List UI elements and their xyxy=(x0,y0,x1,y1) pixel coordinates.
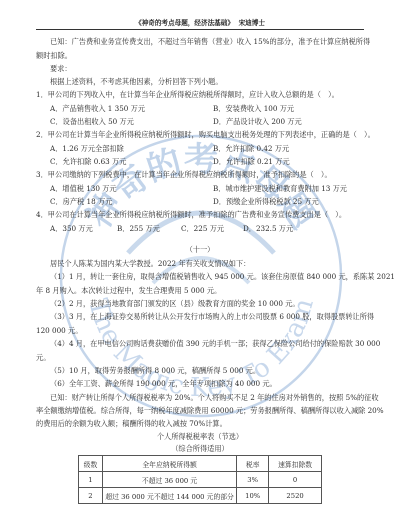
q4-option-b: B．255 万元 xyxy=(117,224,160,234)
q3-option-d: D．预缴企业所得税税款 25 万元 xyxy=(213,197,400,207)
cell-rate: 3% xyxy=(237,472,269,488)
q2-option-d: D．允许扣除 0.21 万元 xyxy=(213,157,400,167)
table-row: 2 超过 36 000 元不超过 144 000 元的部分 10% 2520 xyxy=(79,488,322,504)
q3-option-b: B．城市维护建设税和教育费附加 13 万元 xyxy=(213,184,400,194)
cell-deduction: 0 xyxy=(269,472,322,488)
case-item-3-cont: 120 000 元。 xyxy=(36,326,366,336)
case-item-4: （4）4 月，在甲电信公司购话费获赠价值 390 元的手机一部；获得乙保险公司给… xyxy=(50,339,380,349)
q2-option-b: B．允许扣除 0.42 万元 xyxy=(213,144,400,154)
case-item-5: （5）10 月，取得劳务报酬所得 8 000 元，稿酬所得 5 000 元。 xyxy=(50,366,380,376)
known-paragraph: 已知：广告费和业务宣传费支出，不超过当年销售（营业）收入 15%的部分，准予在计… xyxy=(50,37,380,47)
known-paragraph-cont: 额时扣除。 xyxy=(36,51,366,61)
case-item-6: （6）全年工资、薪金所得 190 000 元，全年专项扣除为 40 000 元。 xyxy=(50,379,380,389)
question-3-stem: 3．甲公司缴纳的下列税费中，在计算当年企业所得税应纳税所得额时，准予扣除的是（ … xyxy=(36,170,366,180)
page-header: 《神奇的考点母题，经济法基础》 宋迪博士 xyxy=(36,18,364,29)
col-header-rate: 税率 xyxy=(237,456,269,472)
q4-option-c: C．225 万元 xyxy=(181,224,224,234)
cell-income: 不超过 36 000 元 xyxy=(102,472,236,488)
section-number: （十一） xyxy=(36,245,364,255)
col-header-deduction: 速算扣除数 xyxy=(269,456,322,472)
known-rates-line-2: 率全额缴纳增值税。综合所得，每一纳税年度减除费用 60000 元；劳务报酬所得、… xyxy=(36,406,366,416)
case-item-4-cont: 元。 xyxy=(36,353,366,363)
cell-deduction: 2520 xyxy=(269,488,322,504)
author-name: 宋迪博士 xyxy=(239,19,265,27)
question-1-stem: 1．甲公司的下列收入中，在计算当年企业所得税应纳税所得额时，应计入收入总额的是（… xyxy=(36,90,366,100)
question-4-stem: 4．甲公司在计算当年企业所得税应纳税所得额时，准予扣除的广告费和业务宣传费支出是… xyxy=(36,210,366,220)
known-rates-line-1: 已知：财产转让所得个人所得税税率为 20%。个人将购买不足 2 年的住房对外销售… xyxy=(50,393,380,403)
case-item-3: （3）3 月，在上海证券交易所转让从公开发行市场购入的上市公司股票 6 000 … xyxy=(50,312,380,322)
question-2-stem: 2．甲公司在计算当年企业所得税应纳税所得额时，购买电脑支出税务处理的下列表述中，… xyxy=(36,130,366,140)
cell-level: 1 xyxy=(79,472,103,488)
book-title: 《神奇的考点母题，经济法基础》 xyxy=(135,19,234,27)
case-item-2: （2）2 月，获得当地教育部门颁发的区（县）级教育方面的奖金 10 000 元。 xyxy=(50,299,380,309)
case-item-1-cont: 年 8 月购入。本次转让过程中，发生合理费用 5 000 元。 xyxy=(36,286,366,296)
q4-option-d: D．232.5 万元 xyxy=(243,224,293,234)
cell-rate: 10% xyxy=(237,488,269,504)
col-header-level: 级数 xyxy=(79,456,103,472)
known-rates-line-3: 的费用后的余额为收入额；稿酬所得的收入减按 70%计算。 xyxy=(36,419,366,429)
requirement-label: 要求： xyxy=(50,64,380,74)
table-subtitle: （综合所得适用） xyxy=(36,444,364,454)
q4-option-a: A．350 万元 xyxy=(50,224,93,234)
header-divider xyxy=(36,29,364,30)
table-title: 个人所得税税率表（节选） xyxy=(36,432,364,442)
case-intro: 居民个人陈某为国内某大学教授。2022 年有关收支情况如下： xyxy=(50,259,380,269)
tax-rate-table: 级数 全年应纳税所得额 税率 速算扣除数 1 不超过 36 000 元 3% 0… xyxy=(78,455,322,504)
table-header-row: 级数 全年应纳税所得额 税率 速算扣除数 xyxy=(79,456,322,472)
q1-option-d: D．产品设计收入 200 万元 xyxy=(213,117,400,127)
instruction-text: 根据上述资料，不考虑其他因素，分析回答下列小题。 xyxy=(50,77,380,87)
document-page: 《神奇的考点母题，经济法基础》 宋迪博士 已知：广告费和业务宣传费支出，不超过当… xyxy=(0,0,400,509)
cell-income: 超过 36 000 元不超过 144 000 元的部分 xyxy=(102,488,236,504)
case-item-1: （1）1 月，转让一套住房，取得含增值税销售收入 945 000 元。该套住房原… xyxy=(50,272,380,282)
col-header-income: 全年应纳税所得额 xyxy=(102,456,236,472)
cell-level: 2 xyxy=(79,488,103,504)
q1-option-b: B．安装费收入 100 万元 xyxy=(213,104,400,114)
table-row: 1 不超过 36 000 元 3% 0 xyxy=(79,472,322,488)
